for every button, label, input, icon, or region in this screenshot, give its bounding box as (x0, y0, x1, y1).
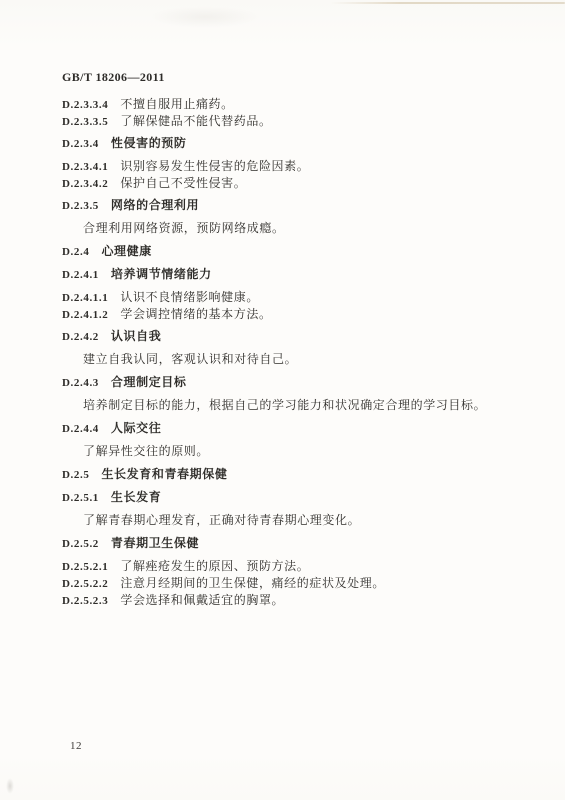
scanned-document-page: GB/T 18206—2011 D.2.3.3.4不擅自服用止痛药。 D.2.3… (0, 0, 565, 800)
clause-line: D.2.5.2.1了解痤疮发生的原因、预防方法。 (62, 558, 525, 575)
clause-text: 合理制定目标 (111, 375, 187, 389)
clause-text: 生长发育 (111, 490, 161, 504)
clause-number: D.2.4.4 (62, 423, 99, 435)
clause-text: 认识自我 (111, 329, 161, 343)
scan-artifact-smudge (150, 6, 260, 28)
clause-line: D.2.4.1.2学会调控情绪的基本方法。 (62, 306, 525, 323)
clause-line: D.2.3.4.1识别容易发生性侵害的危险因素。 (62, 158, 525, 175)
clause-heading: D.2.4.1培养调节情绪能力 (62, 266, 525, 283)
scan-artifact-top-edge (330, 2, 565, 4)
clause-text: 心理健康 (101, 244, 151, 258)
clause-text: 培养调节情绪能力 (111, 267, 212, 281)
clause-line: D.2.5.2.3学会选择和佩戴适宜的胸罩。 (62, 592, 525, 609)
clause-heading: D.2.5生长发育和青春期保健 (62, 466, 525, 483)
clause-number: D.2.5.1 (62, 492, 99, 504)
clause-text: 网络的合理利用 (111, 198, 199, 212)
clause-heading: D.2.5.1生长发育 (62, 489, 525, 506)
clause-text: 性侵害的预防 (111, 136, 187, 150)
clause-text: 合理利用网络资源，预防网络成瘾。 (83, 221, 285, 235)
clause-number: D.2.4.1.1 (62, 292, 108, 304)
clause-text: 学会选择和佩戴适宜的胸罩。 (120, 593, 284, 607)
clause-text: 了解青春期心理发育，正确对待青春期心理变化。 (83, 513, 360, 527)
clause-number: D.2.5.2.3 (62, 595, 108, 607)
clause-text: 学会调控情绪的基本方法。 (120, 307, 271, 321)
clause-text: 了解保健品不能代替药品。 (120, 114, 271, 128)
clause-heading: D.2.4心理健康 (62, 243, 525, 260)
clause-line: D.2.3.3.4不擅自服用止痛药。 (62, 96, 525, 113)
clause-text: 保护自己不受性侵害。 (120, 176, 246, 190)
clause-text: 了解痤疮发生的原因、预防方法。 (120, 559, 309, 573)
clause-number: D.2.4.2 (62, 331, 99, 343)
clause-number: D.2.5.2.2 (62, 578, 108, 590)
clause-line: D.2.4.1.1认识不良情绪影响健康。 (62, 289, 525, 306)
clause-number: D.2.3.3.4 (62, 99, 108, 111)
clause-number: D.2.3.3.5 (62, 116, 108, 128)
clause-text: 培养制定目标的能力，根据自己的学习能力和状况确定合理的学习目标。 (83, 398, 486, 412)
clause-number: D.2.5 (62, 469, 89, 481)
clause-line: D.2.3.4.2保护自己不受性侵害。 (62, 175, 525, 192)
clause-heading: D.2.4.3合理制定目标 (62, 374, 525, 391)
clause-heading: D.2.3.4性侵害的预防 (62, 135, 525, 152)
clause-number: D.2.4.1.2 (62, 309, 108, 321)
clause-number: D.2.4 (62, 246, 89, 258)
clause-number: D.2.3.4.1 (62, 161, 108, 173)
clause-text: 不擅自服用止痛药。 (120, 97, 233, 111)
clause-text: 青春期卫生保健 (111, 536, 199, 550)
body-paragraph: 培养制定目标的能力，根据自己的学习能力和状况确定合理的学习目标。 (62, 397, 525, 413)
clause-heading: D.2.4.4人际交往 (62, 420, 525, 437)
clause-line: D.2.5.2.2注意月经期间的卫生保健，痛经的症状及处理。 (62, 575, 525, 592)
body-paragraph: 建立自我认同，客观认识和对待自己。 (62, 351, 525, 367)
body-paragraph: 了解青春期心理发育，正确对待青春期心理变化。 (62, 512, 525, 528)
clause-text: 认识不良情绪影响健康。 (120, 290, 259, 304)
clause-number: D.2.3.4.2 (62, 178, 108, 190)
clause-text: 生长发育和青春期保健 (101, 467, 227, 481)
scan-artifact-corner (6, 778, 14, 794)
clause-line: D.2.3.3.5了解保健品不能代替药品。 (62, 113, 525, 130)
clause-heading: D.2.3.5网络的合理利用 (62, 197, 525, 214)
clause-heading: D.2.5.2青春期卫生保健 (62, 535, 525, 552)
body-paragraph: 了解异性交往的原则。 (62, 443, 525, 459)
body-paragraph: 合理利用网络资源，预防网络成瘾。 (62, 220, 525, 236)
clause-number: D.2.5.2 (62, 538, 99, 550)
clause-text: 了解异性交往的原则。 (83, 444, 209, 458)
clause-number: D.2.5.2.1 (62, 561, 108, 573)
clause-number: D.2.4.3 (62, 377, 99, 389)
page-number: 12 (70, 740, 82, 752)
clause-number: D.2.3.4 (62, 138, 99, 150)
clause-heading: D.2.4.2认识自我 (62, 328, 525, 345)
clause-text: 注意月经期间的卫生保健，痛经的症状及处理。 (120, 576, 385, 590)
clause-text: 建立自我认同，客观认识和对待自己。 (83, 352, 297, 366)
clause-text: 识别容易发生性侵害的危险因素。 (120, 159, 309, 173)
clause-number: D.2.4.1 (62, 269, 99, 281)
clause-text: 人际交往 (111, 421, 161, 435)
clause-number: D.2.3.5 (62, 200, 99, 212)
standard-number-header: GB/T 18206—2011 (62, 69, 525, 85)
